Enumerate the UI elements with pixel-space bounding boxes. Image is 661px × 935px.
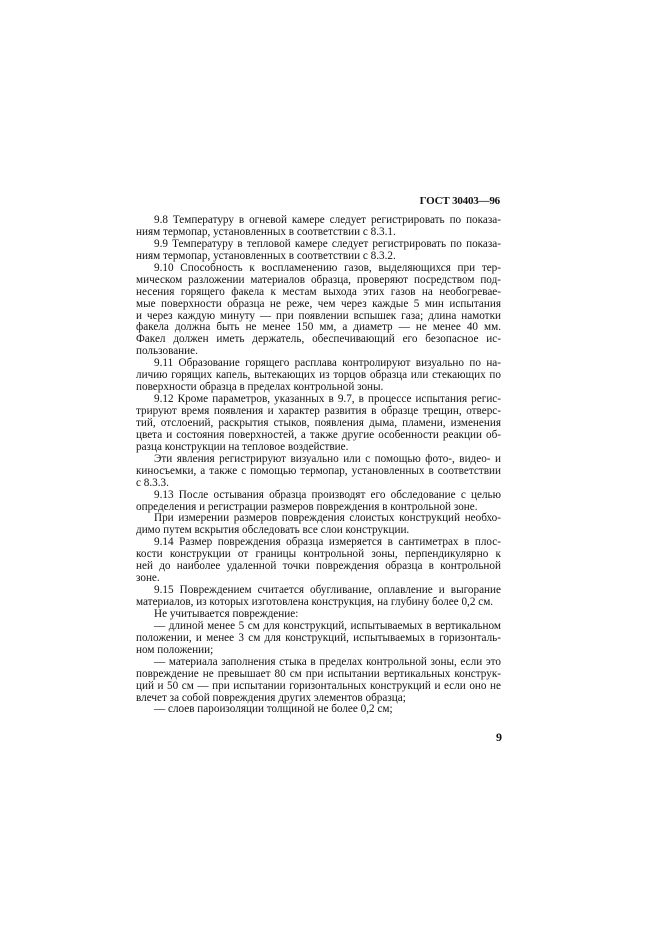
text-line: несения горящего факела к местам выхода … [136, 287, 501, 299]
document-page: ГОСТ 30403—96 9.8 Температуру в огневой … [0, 0, 661, 935]
text-line: 9.10 Способность к воспламенению газов, … [136, 263, 501, 275]
text-line: — слоев пароизоляции толщиной не более 0… [136, 704, 501, 716]
text-line: ней до наиболее удаленной точки поврежде… [136, 561, 501, 573]
text-line: — материала заполнения стыка в пределах … [136, 657, 501, 669]
text-line: киносъемки, а также с помощью термопар, … [136, 466, 501, 478]
standard-header: ГОСТ 30403—96 [400, 195, 500, 207]
text-line: ций и 50 см — при испытании горизонтальн… [136, 681, 501, 693]
text-line: ниям термопар, установленных в соответст… [136, 251, 501, 263]
text-line: ном положении; [136, 645, 501, 657]
text-line: положении, и менее 3 см для конструкций,… [136, 633, 501, 645]
text-line: 9.13 После остывания образца производят … [136, 490, 501, 502]
text-line: с 8.3.3. [136, 478, 501, 490]
text-line: мическом разложении материалов образца, … [136, 275, 501, 287]
text-line: повреждение не превышает 80 см при испыт… [136, 669, 501, 681]
page-number: 9 [490, 730, 502, 745]
text-line: мые поверхности образца не реже, чем чер… [136, 299, 501, 311]
text-line: Эти явления регистрируют визуально или с… [136, 454, 501, 466]
body-text: 9.8 Температуру в огневой камере следует… [136, 215, 501, 716]
text-line: разца конструкции на тепловое воздействи… [136, 442, 501, 454]
